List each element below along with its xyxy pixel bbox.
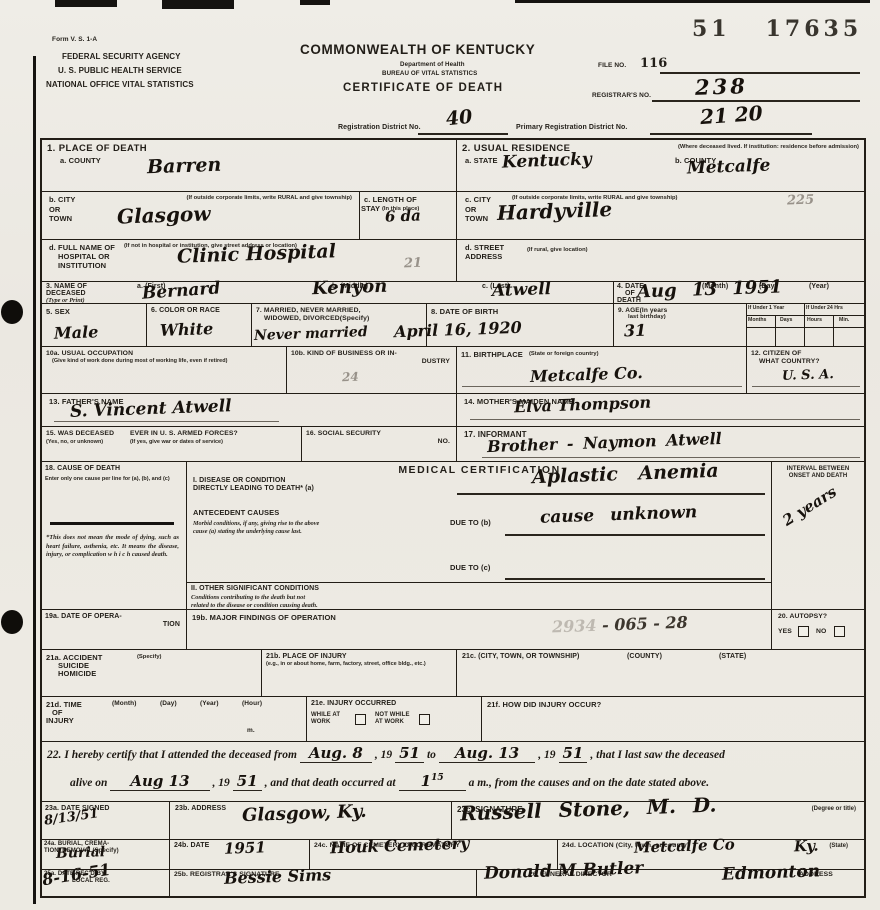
age-col-days: Days (776, 316, 805, 328)
place-city-town: TOWN (49, 214, 72, 223)
hw-cemetery-location: Metcalfe Co (634, 838, 735, 855)
residence-city-label: c. CITY (465, 195, 491, 204)
place-city-label: b. CITY (49, 195, 76, 204)
ssn-label-1: 16. SOCIAL SECURITY (306, 430, 381, 438)
certify-text-9: a m., from the causes and on the date st… (469, 777, 710, 791)
hw-citizen: U. S. A. (782, 369, 834, 382)
other-significant-conditions-box: II. OTHER SIGNIFICANT CONDITIONS Conditi… (187, 582, 772, 610)
interval-col: INTERVAL BETWEEN ONSET AND DEATH (772, 462, 864, 610)
hw-cause-of-death-b: cause unknown (540, 505, 698, 526)
morbid-conditions-note: Morbid conditions, if any, giving rise t… (193, 520, 325, 537)
hw-city-of-death: Glasgow (117, 204, 211, 225)
residence-city-or: OR (465, 205, 476, 214)
hw-birthplace: Metcalfe Co. (530, 366, 643, 384)
hospital-label-1: d. FULL NAME OF (49, 243, 115, 252)
length-of-stay-label2: STAY (361, 204, 380, 213)
file-stamp-number: 51 17635 (692, 18, 862, 40)
certify-num: 22. (47, 749, 61, 763)
age-months-label: Months (748, 317, 766, 324)
cause-note-2: *This does not mean the mode of dying, s… (46, 534, 179, 560)
writing-rule (462, 386, 742, 387)
commonwealth-title: COMMONWEALTH OF KENTUCKY (300, 42, 535, 58)
field-armed-forces: 15. WAS DECEASED (Yes, no, or unknown) E… (42, 427, 302, 462)
underline-cause-a (457, 493, 765, 495)
hw-residence-extra: 225 (787, 195, 815, 208)
while-at-work-checkbox (355, 714, 366, 725)
while-at-work-label-2: WORK (311, 719, 330, 726)
field-injury-occurred: 21e. INJURY OCCURRED WHILE AT WORK NOT W… (307, 697, 482, 742)
file-no-value: 116 (640, 56, 667, 71)
scan-artifact (300, 0, 330, 5)
armed-forces-label-1: 15. WAS DECEASED (46, 430, 114, 438)
age-col-days-body (776, 328, 805, 347)
hw-sex: Male (54, 325, 99, 341)
age-col-hours-body (805, 328, 834, 347)
hw-last-name: Atwell (492, 282, 552, 299)
findings-number-faint: 2934 (552, 616, 597, 637)
dod-year-label: (Year) (809, 283, 829, 291)
primary-registration-district-value: 21 20 (699, 104, 763, 126)
certify-text-8: , and that death occurred at (265, 777, 396, 791)
time-of-injury-label-3: INJURY (46, 716, 74, 725)
punch-hole (1, 300, 23, 324)
hospital-label-3: INSTITUTION (58, 261, 106, 270)
field-place-of-death: 1. PLACE OF DEATH a. COUNTY (42, 140, 457, 192)
hw-funeral-director-address: Edmonton (722, 864, 821, 883)
degree-or-title-label: (Degree or title) (812, 806, 856, 814)
field-usual-occupation: 10a. USUAL OCCUPATION (Give kind of work… (42, 347, 287, 394)
place-county-label: a. COUNTY (60, 156, 101, 165)
residence-city-town: TOWN (465, 214, 488, 223)
injury-occurred-label: 21e. INJURY OCCURRED (311, 700, 396, 708)
usual-residence-note: (Where deceased lived. If institution: r… (627, 144, 859, 151)
residence-state-label: a. STATE (465, 156, 498, 165)
injury-city-label: 21c. (CITY, TOWN, OR TOWNSHIP) (462, 653, 579, 661)
hw-middle-name: Kenyon (312, 279, 388, 298)
underline (660, 72, 860, 74)
certify-text-3: to (427, 749, 436, 763)
dept-of-health: Department of Health (400, 61, 465, 68)
hw-hospital-name: Clinic Hospital (177, 243, 336, 266)
scan-artifact (162, 0, 234, 9)
certify-text-1: I hereby certify that I attended the dec… (64, 749, 297, 763)
hw-cemetery-state: Ky. (794, 840, 819, 854)
scan-artifact (55, 0, 117, 7)
hw-physician-address: Glasgow, Ky. (242, 804, 367, 825)
hw-county-of-death: Barren (147, 157, 222, 177)
hw-residence-state: Kentucky (502, 152, 592, 170)
injury-meridiem-label: m. (247, 727, 255, 735)
hw-mothers-name: Elva Thompson (514, 396, 652, 415)
marital-label-2: WIDOWED, DIVORCED(Specify) (264, 315, 369, 323)
writing-rule (470, 419, 860, 420)
attended-to-year: 51 (559, 746, 588, 763)
scanned-death-certificate: { "header": { "form_no": "Form V. S. 1-A… (0, 0, 880, 910)
accident-note: (Specify) (137, 654, 161, 661)
field-autopsy: 20. AUTOPSY? YES NO (772, 610, 864, 650)
file-no-label: FILE NO. (598, 62, 626, 70)
citizen-label-1: 12. CITIZEN OF (751, 350, 802, 358)
hw-marital-status: Never married (254, 326, 368, 343)
hw-cemetery-name: Houk Cemetery (330, 837, 470, 856)
hw-residence-county: Metcalfe (687, 159, 771, 177)
autopsy-label: 20. AUTOPSY? (778, 613, 827, 621)
place-of-death-title: 1. PLACE OF DEATH (47, 143, 147, 154)
autopsy-yes-checkbox (798, 626, 809, 637)
hw-race: White (160, 322, 214, 338)
cause-note-1: Enter only one cause per line for (a), (… (45, 476, 177, 483)
page-left-edge (33, 56, 36, 904)
length-of-stay-label: c. LENGTH OF (364, 195, 417, 204)
marital-label-1: 7. MARRIED, NEVER MARRIED, (256, 307, 361, 315)
underline-cause-c (505, 578, 765, 580)
antecedent-causes-label: ANTECEDENT CAUSES (193, 508, 279, 517)
hw-age: 31 (624, 324, 647, 339)
agency-line-3: NATIONAL OFFICE VITAL STATISTICS (46, 80, 194, 90)
certify-line-1: 22. I hereby certify that I attended the… (47, 746, 725, 763)
field-time-of-injury: 21d. TIME OF INJURY (Month) (Day) (Year)… (42, 697, 307, 742)
occupation-label: 10a. USUAL OCCUPATION (46, 350, 133, 358)
major-findings-label: 19b. MAJOR FINDINGS OF OPERATION (192, 613, 336, 622)
physician-address-label: 23b. ADDRESS (175, 805, 226, 813)
age-col-hours: Hours (805, 316, 834, 328)
underline (650, 133, 812, 135)
hw-date-of-birth: April 16, 1920 (394, 321, 522, 340)
field-accident-suicide-homicide: 21a. ACCIDENT SUICIDE HOMICIDE (Specify) (42, 650, 262, 697)
age-group-under-24hrs: If Under 24 Hrs (805, 304, 864, 316)
agency-line-2: U. S. PUBLIC HEALTH SERVICE (58, 66, 182, 76)
certify-text-4: , 19 (538, 749, 555, 763)
age-under-24hrs-label: If Under 24 Hrs (806, 305, 843, 312)
primary-registration-district-label: Primary Registration District No. (516, 124, 627, 132)
punch-hole (1, 610, 23, 634)
business-label-2: DUSTRY (422, 358, 450, 366)
time-of-death-value: 115 (399, 774, 466, 791)
time-of-death-minutes: 15 (431, 773, 444, 783)
age-label-2: last birthday) (628, 314, 666, 321)
hw-burial-date: 1951 (224, 841, 266, 856)
street-address-label: d. STREET (465, 243, 504, 252)
injury-state-label: (STATE) (719, 653, 746, 661)
disease-label-2: DIRECTLY LEADING TO DEATH* (a) (193, 485, 314, 493)
injury-county-label: (COUNTY) (627, 653, 662, 661)
age-col-months-body (747, 328, 776, 347)
hw-burial-type: Burial (56, 846, 106, 860)
field-date-of-operation: 19a. DATE OF OPERA- TION (42, 610, 187, 650)
registration-district-value: 40 (445, 109, 473, 129)
not-while-at-work-label-2: AT WORK (375, 719, 404, 726)
age-col-min-body (834, 328, 864, 347)
field-kind-of-business: 10b. KIND OF BUSINESS OR IN- DUSTRY (287, 347, 457, 394)
form-number: Form V. S. 1-A (52, 36, 97, 44)
hw-residence-city: Hardyville (497, 200, 613, 222)
birthplace-label: 11. BIRTHPLACE (461, 350, 523, 359)
due-to-c-label: DUE TO (c) (450, 563, 490, 572)
hw-first-name: Bernard (142, 281, 221, 302)
age-col-min: Min. (834, 316, 864, 328)
findings-number-dark: - 065 - 28 (602, 613, 688, 635)
street-address-note: (If rural, give location) (527, 247, 588, 254)
underline-cause-b (505, 534, 765, 536)
injury-year-label: (Year) (200, 700, 219, 708)
place-city-or: OR (49, 205, 60, 214)
interval-label-2: ONSET AND DEATH (772, 473, 864, 480)
field-how-injury-occurred: 21f. HOW DID INJURY OCCUR? (482, 697, 864, 742)
time-of-death-hour: 1 (421, 772, 431, 790)
age-group-under-1yr: If Under 1 Year (747, 304, 805, 316)
field-social-security: 16. SOCIAL SECURITY NO. (302, 427, 457, 462)
hw-major-findings-number: 2934 - 065 - 28 (552, 616, 688, 635)
age-under-1yr-label: If Under 1 Year (748, 305, 784, 312)
registration-district-label: Registration District No. (338, 124, 421, 132)
race-label: 6. COLOR OR RACE (151, 307, 220, 315)
date-of-operation-label-1: 19a. DATE OF OPERA- (45, 613, 122, 621)
birthplace-note: (State or foreign country) (529, 351, 599, 358)
armed-forces-label-2: EVER IN U. S. ARMED FORCES? (130, 430, 238, 438)
other-conditions-label: II. OTHER SIGNIFICANT CONDITIONS (191, 585, 319, 593)
field-street-address: d. STREET ADDRESS (If rural, give locati… (457, 240, 864, 282)
agency-line-1: FEDERAL SECURITY AGENCY (62, 52, 181, 62)
underline (418, 133, 508, 135)
date-of-operation-label-2: TION (163, 621, 180, 629)
hw-date-of-death: Aug 13 1951 (637, 279, 783, 300)
medical-certification-col: MEDICAL CERTIFICATION I. DISEASE OR COND… (187, 462, 772, 610)
certify-text-7: , 19 (213, 777, 230, 791)
sex-label: 5. SEX (46, 307, 70, 316)
autopsy-yes-label: YES (778, 628, 792, 636)
age-min-label: Min. (839, 317, 849, 324)
age-days-label: Days (780, 317, 792, 324)
ssn-label-2: NO. (438, 438, 450, 446)
cause-of-death-label: 18. CAUSE OF DEATH (45, 465, 120, 473)
field-injury-location: 21c. (CITY, TOWN, OR TOWNSHIP) (COUNTY) … (457, 650, 864, 697)
burial-date-label: 24b. DATE (174, 842, 209, 850)
stamp-left: 51 (692, 16, 731, 42)
place-of-injury-note: (e.g., in or about home, farm, factory, … (266, 661, 448, 668)
armed-forces-note-2: (If yes, give war or dates of service) (130, 439, 290, 446)
autopsy-no-checkbox (834, 626, 845, 637)
armed-forces-note-1: (Yes, no, or unknown) (46, 439, 103, 446)
citizen-label-2: WHAT COUNTRY? (759, 358, 820, 366)
hw-business-extra: 24 (342, 372, 359, 383)
registrars-no-value: 238 (695, 77, 748, 98)
age-col-months: Months (747, 316, 776, 328)
writing-rule (482, 457, 860, 458)
field-certification-statement: 22. I hereby certify that I attended the… (42, 742, 864, 802)
field-place-of-injury: 21b. PLACE OF INJURY (e.g., in or about … (262, 650, 457, 697)
occupation-note: (Give kind of work done during most of w… (52, 358, 277, 365)
age-hours-label: Hours (807, 317, 822, 324)
business-label-1: 10b. KIND OF BUSINESS OR IN- (291, 350, 397, 358)
divider-rule (50, 522, 174, 525)
certify-text-6: alive on (70, 777, 107, 791)
other-conditions-note-2: related to the disease or condition caus… (191, 602, 318, 611)
cause-of-death-notes-col: 18. CAUSE OF DEATH Enter only one cause … (42, 462, 187, 610)
paper-background: 51 17635 Form V. S. 1-A FEDERAL SECURITY… (0, 0, 880, 910)
hw-length-of-stay: 6 da (385, 209, 421, 224)
last-seen-alive-year: 51 (233, 774, 262, 791)
street-address-label2: ADDRESS (465, 252, 502, 261)
attended-from-year: 51 (395, 746, 424, 763)
hw-fathers-name: S. Vincent Atwell (70, 399, 232, 420)
hw-registrar-signature: Bessie Sims (224, 868, 332, 886)
stamp-right: 17635 (766, 16, 863, 42)
certificate-form-grid: 1. PLACE OF DEATH a. COUNTY 2. USUAL RES… (40, 138, 866, 898)
accident-label-3: HOMICIDE (58, 669, 96, 678)
due-to-b-label: DUE TO (b) (450, 518, 491, 527)
injury-hour-label: (Hour) (242, 700, 262, 708)
attended-from-date: Aug. 8 (300, 746, 372, 763)
how-injury-occurred-label: 21f. HOW DID INJURY OCCUR? (487, 700, 601, 709)
autopsy-no-label: NO (816, 628, 826, 636)
last-seen-alive-date: Aug 13 (110, 774, 209, 791)
scan-artifact (515, 0, 870, 3)
attended-to-date: Aug. 13 (439, 746, 535, 763)
hw-funeral-director: Donald M Butler (484, 861, 644, 882)
injury-month-label: (Month) (112, 700, 137, 708)
certify-text-2: , 19 (375, 749, 392, 763)
hospital-label-2: HOSPITAL OR (58, 252, 110, 261)
place-city-note: (If outside corporate limits, write RURA… (94, 195, 352, 202)
certificate-of-death-title: CERTIFICATE OF DEATH (343, 82, 503, 96)
dob-label: 8. DATE OF BIRTH (431, 307, 498, 316)
not-while-at-work-checkbox (419, 714, 430, 725)
injury-day-label: (Day) (160, 700, 177, 708)
certify-line-2: alive on Aug 13 , 19 51 , and that death… (70, 774, 709, 791)
cemetery-state-label: (State) (829, 843, 848, 851)
certify-text-5: , that I last saw the deceased (590, 749, 725, 763)
registrars-no-label: REGISTRAR'S NO. (592, 92, 651, 100)
hw-hospital-extra: 21 (404, 258, 422, 270)
bureau-vital-statistics: BUREAU OF VITAL STATISTICS (382, 70, 477, 77)
writing-rule (752, 386, 860, 387)
